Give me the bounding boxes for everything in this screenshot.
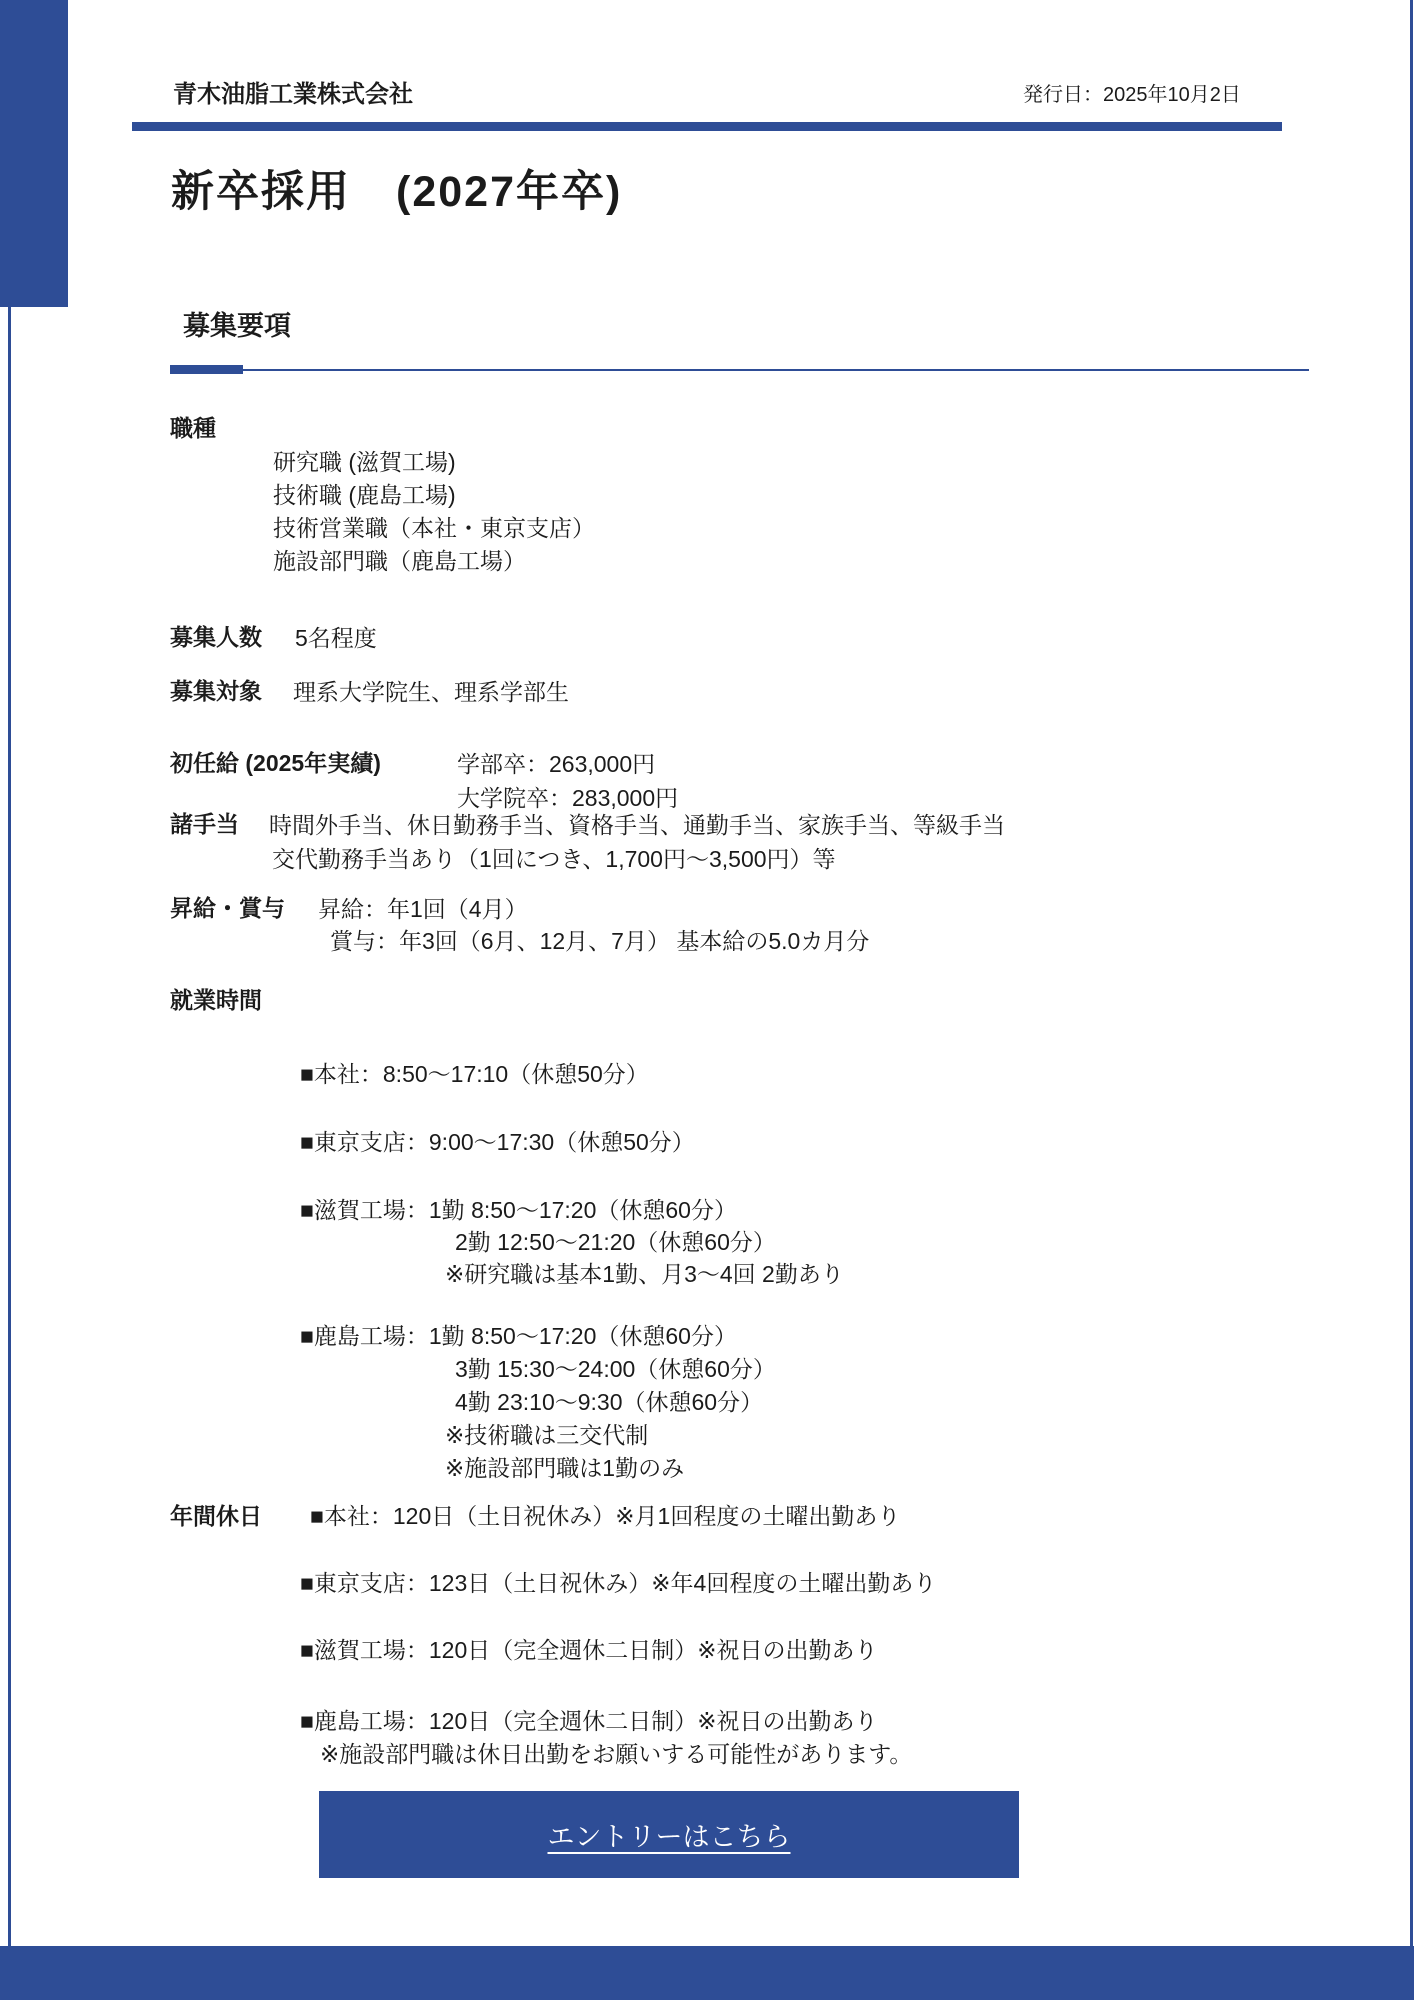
headcount-value: 5名程度 xyxy=(295,620,377,653)
target-label: 募集対象 xyxy=(170,673,262,706)
section-heading: 募集要項 xyxy=(183,304,291,343)
page-title: 新卒採用 (2027年卒) xyxy=(171,158,622,219)
salary-line: 学部卒：263,000円 xyxy=(457,746,655,779)
working-hours-line: ■本社：8:50～17:10（休憩50分） xyxy=(300,1056,649,1089)
working-hours-line: ■滋賀工場：1勤 8:50～17:20（休憩60分） xyxy=(300,1192,737,1225)
annual-holidays-line: ■東京支店：123日（土日祝休み）※年4回程度の土曜出勤あり xyxy=(300,1565,936,1598)
page-left-border xyxy=(8,0,11,2000)
page-right-border xyxy=(1410,0,1413,2000)
working-hours-line: ※技術職は三交代制 xyxy=(445,1417,648,1450)
section-rule-accent xyxy=(170,365,243,374)
raise-bonus-line: 賞与：年3回（6月、12月、7月） 基本給の5.0カ月分 xyxy=(330,923,869,956)
raise-bonus-line: 昇給：年1回（4月） xyxy=(318,891,528,924)
company-name: 青木油脂工業株式会社 xyxy=(173,74,413,109)
working-hours-label: 就業時間 xyxy=(170,982,262,1015)
allowances-label: 諸手当 xyxy=(170,806,239,839)
working-hours-line: 4勤 23:10～9:30（休憩60分） xyxy=(455,1384,763,1417)
target-value: 理系大学院生、理系学部生 xyxy=(293,674,569,707)
annual-holidays-line: ■本社：120日（土日祝休み）※月1回程度の土曜出勤あり xyxy=(310,1498,900,1531)
jobtype-label: 職種 xyxy=(170,410,216,443)
working-hours-line: ■東京支店：9:00～17:30（休憩50分） xyxy=(300,1124,695,1157)
entry-button-label: エントリーはこちら xyxy=(548,1815,791,1854)
footer-bar xyxy=(0,1946,1414,2000)
raise-bonus-label: 昇給・賞与 xyxy=(170,890,285,923)
entry-button[interactable]: エントリーはこちら xyxy=(319,1791,1019,1878)
salary-label: 初任給 (2025年実績) xyxy=(170,745,381,778)
section-rule xyxy=(170,369,1309,371)
jobtype-item: 技術職 (鹿島工場) xyxy=(273,477,456,510)
working-hours-line: ※施設部門職は1勤のみ xyxy=(445,1450,684,1483)
headcount-label: 募集人数 xyxy=(170,619,262,652)
allowances-line: 時間外手当、休日勤務手当、資格手当、通勤手当、家族手当、等級手当 xyxy=(269,807,1005,840)
working-hours-line: 2勤 12:50～21:20（休憩60分） xyxy=(455,1224,776,1257)
recruitment-page: 青木油脂工業株式会社 発行日：2025年10月2日 新卒採用 (2027年卒) … xyxy=(0,0,1414,2000)
annual-holidays-line: ■滋賀工場：120日（完全週休二日制）※祝日の出勤あり xyxy=(300,1632,878,1665)
working-hours-line: ※研究職は基本1勤、月3～4回 2勤あり xyxy=(445,1256,844,1289)
working-hours-line: 3勤 15:30～24:00（休憩60分） xyxy=(455,1351,776,1384)
jobtype-item: 技術営業職（本社・東京支店） xyxy=(273,510,595,543)
jobtype-item: 施設部門職（鹿島工場） xyxy=(273,543,526,576)
issue-date: 発行日：2025年10月2日 xyxy=(1023,78,1241,107)
annual-holidays-line: ■鹿島工場：120日（完全週休二日制）※祝日の出勤あり xyxy=(300,1703,878,1736)
working-hours-line: ■鹿島工場：1勤 8:50～17:20（休憩60分） xyxy=(300,1318,737,1351)
allowances-line: 交代勤務手当あり（1回につき、1,700円～3,500円）等 xyxy=(272,841,836,874)
jobtype-item: 研究職 (滋賀工場) xyxy=(273,444,456,477)
annual-holidays-label: 年間休日 xyxy=(170,1498,262,1531)
annual-holidays-line: ※施設部門職は休日出勤をお願いする可能性があります。 xyxy=(320,1736,912,1769)
header-rule xyxy=(132,122,1282,131)
